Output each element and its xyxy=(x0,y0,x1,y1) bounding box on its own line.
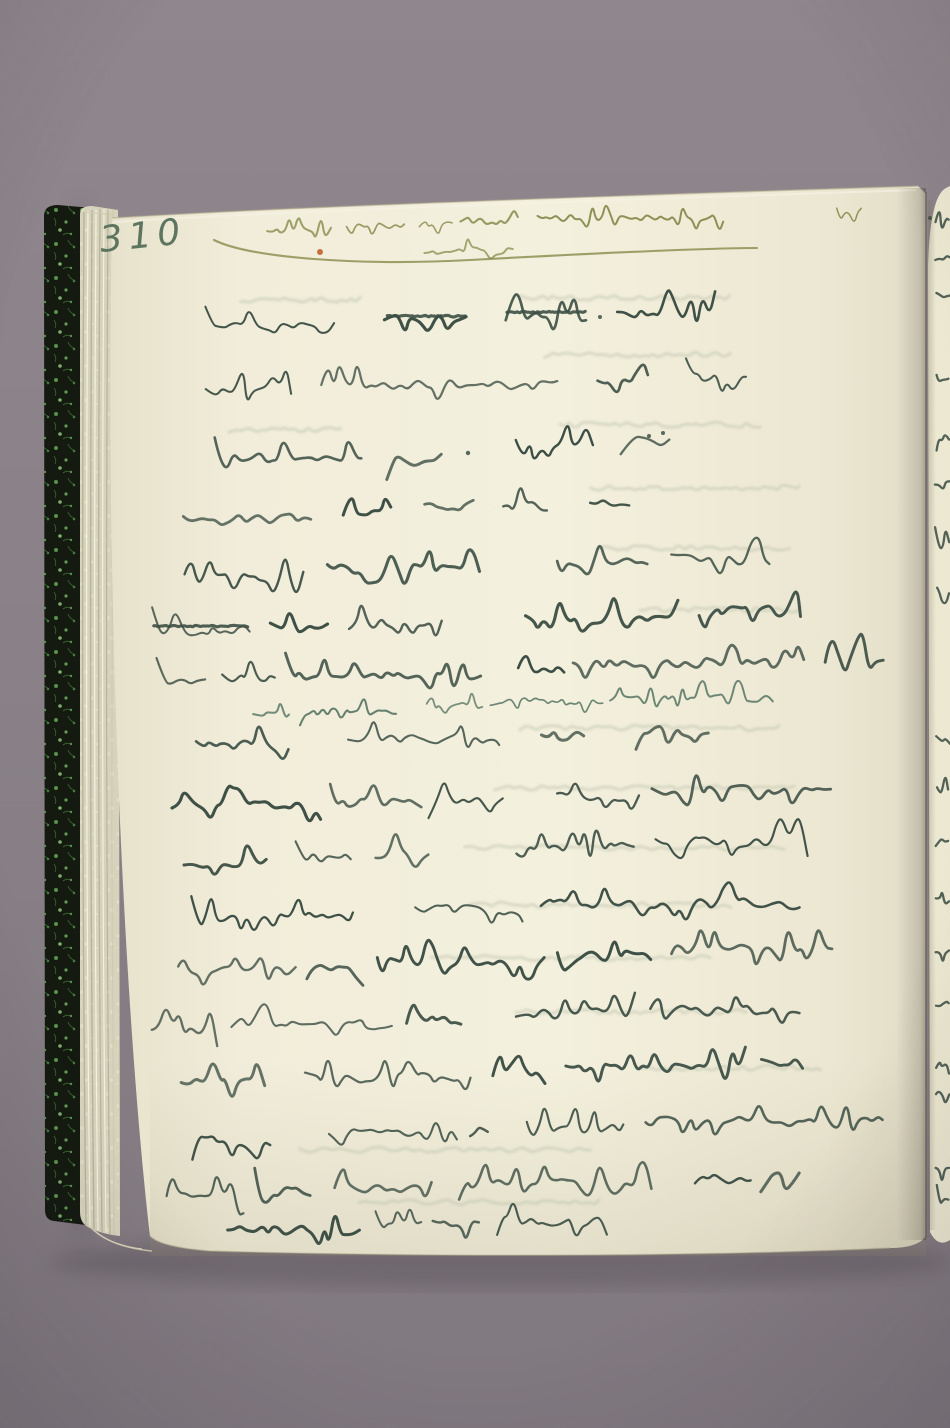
ink-dot xyxy=(661,431,665,435)
orange-ink-fleck xyxy=(317,249,323,255)
ink-dot xyxy=(928,216,932,220)
facing-page-inner-shadow xyxy=(928,200,936,1230)
notebook-photo: 310 xyxy=(0,0,950,1428)
gutter-shadow xyxy=(896,188,926,1240)
ink-dot xyxy=(466,451,470,455)
page-bottom-shading xyxy=(150,1060,926,1256)
notebook-photo-canvas: 310 xyxy=(0,0,950,1428)
strikethrough-mark xyxy=(507,311,585,313)
ink-dot xyxy=(647,434,651,438)
strikethrough-mark xyxy=(387,315,465,317)
ink-dot xyxy=(598,315,602,319)
strikethrough-mark xyxy=(154,625,248,627)
